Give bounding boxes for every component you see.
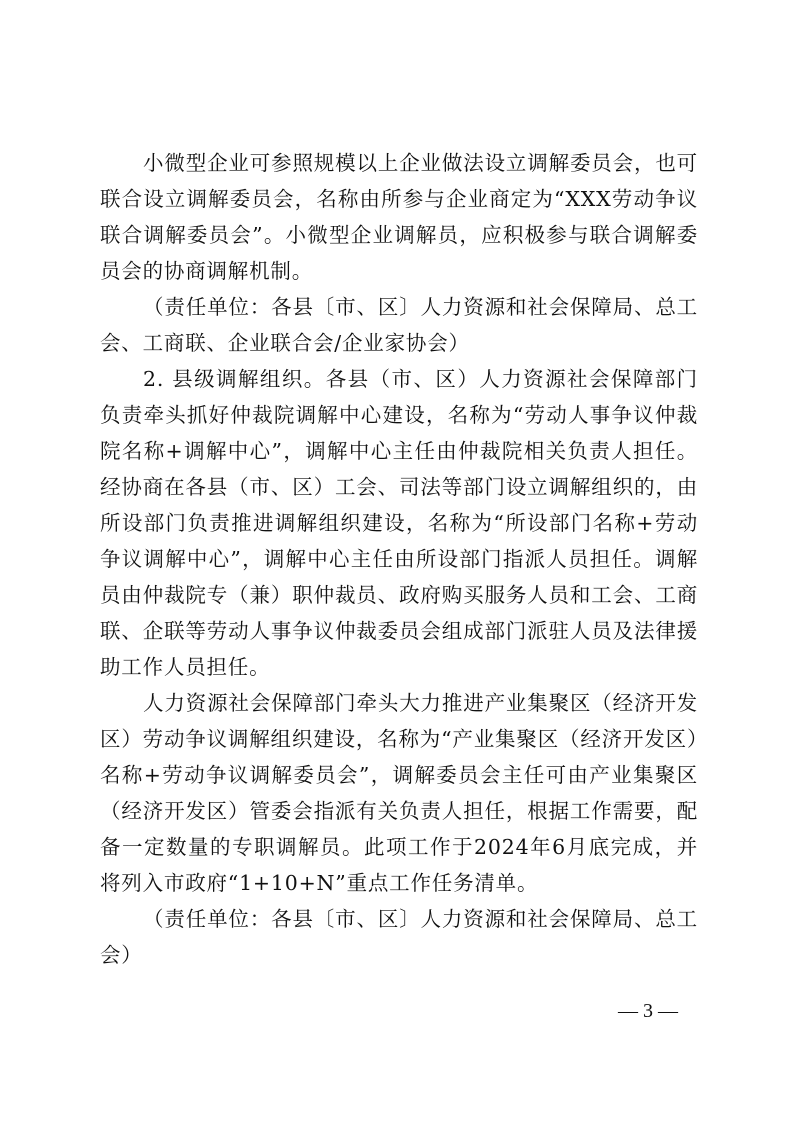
paragraph-small-micro-enterprises: 小微型企业可参照规模以上企业做法设立调解委员会，也可联合设立调解委员会，名称由所… — [100, 145, 698, 289]
section-county-mediation: 2. 县级调解组织。各县（市、区）人力资源社会保障部门负责牵头抓好仲裁院调解中心… — [100, 361, 698, 685]
responsibility-note-1: （责任单位：各县〔市、区〕人力资源和社会保障局、总工会、工商联、企业联合会/企业… — [100, 289, 698, 361]
page-number: — 3 — — [618, 1000, 678, 1023]
document-page-body: 小微型企业可参照规模以上企业做法设立调解委员会，也可联合设立调解委员会，名称由所… — [100, 145, 698, 973]
responsibility-note-2: （责任单位：各县〔市、区〕人力资源和社会保障局、总工会） — [100, 901, 698, 973]
paragraph-industrial-cluster: 人力资源社会保障部门牵头大力推进产业集聚区（经济开发区）劳动争议调解组织建设，名… — [100, 685, 698, 901]
